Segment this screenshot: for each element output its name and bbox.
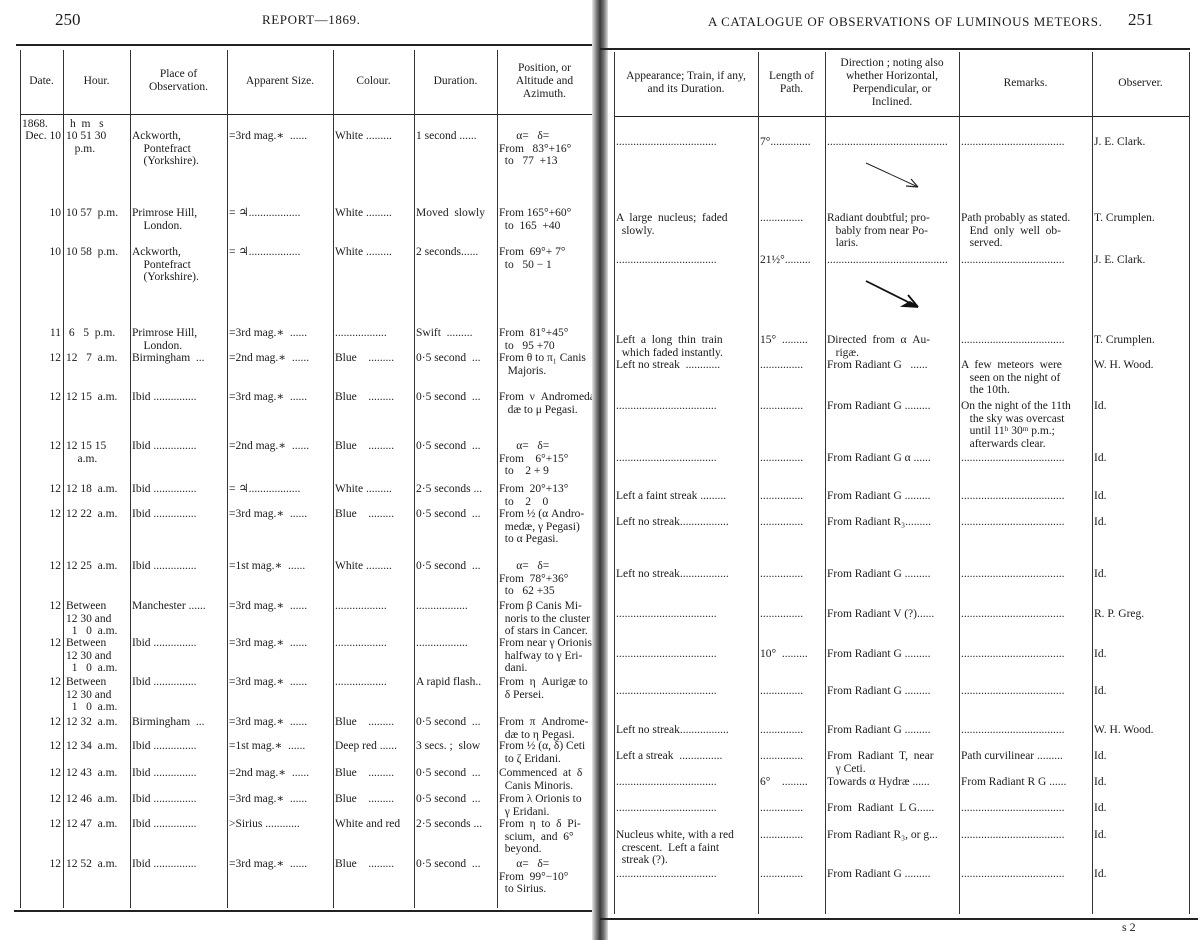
cell-direction: From Radiant R₃......... <box>827 516 958 529</box>
cell-remarks: .................................... <box>961 136 1091 149</box>
cell-size: = ♃.................. <box>229 483 332 496</box>
running-head-left: REPORT—1869. <box>262 12 361 28</box>
cell-place: Ibid ............... <box>132 676 226 689</box>
cell-date: 12 <box>20 600 61 613</box>
header-appearance: Appearance; Train, if any, and its Durat… <box>614 52 758 114</box>
units-year: 1868. <box>22 118 48 131</box>
cell-appearance: ................................... <box>616 400 757 413</box>
cell-hour: 12 25 a.m. <box>66 560 130 573</box>
cell-hour: 12 46 a.m. <box>66 793 130 806</box>
cell-hour: 12 43 a.m. <box>66 767 130 780</box>
cell-position: From η Aurigæ to δ Persei. <box>499 676 592 701</box>
cell-colour: Blue ......... <box>335 440 413 453</box>
cell-appearance: ................................... <box>616 685 757 698</box>
header-direction: Direction ; noting also whether Horizont… <box>825 52 959 114</box>
cell-observer: Id. <box>1094 648 1188 661</box>
cell-hour: 12 22 a.m. <box>66 508 130 521</box>
cell-hour: 12 7 a.m. <box>66 352 130 365</box>
cell-duration: 0·5 second ... <box>416 440 496 453</box>
cell-colour: Deep red ...... <box>335 740 413 753</box>
cell-remarks: .................................... <box>961 516 1091 529</box>
cell-place: Manchester ...... <box>132 600 226 613</box>
cell-direction: From Radiant R₃, or g... <box>827 829 958 842</box>
cell-place: Ibid ............... <box>132 818 226 831</box>
cell-appearance: Left no streak................. <box>616 568 757 581</box>
cell-appearance: ................................... <box>616 136 757 149</box>
cell-remarks: .................................... <box>961 568 1091 581</box>
cell-place: Ibid ............... <box>132 767 226 780</box>
cell-place: Primrose Hill, London. <box>132 327 226 352</box>
cell-observer: Id. <box>1094 750 1188 763</box>
cell-length: ............... <box>760 868 824 881</box>
cell-hour: 6 5 p.m. <box>66 327 130 340</box>
cell-size: >Sirius ............ <box>229 818 332 831</box>
cell-length: ............... <box>760 516 824 529</box>
header-bottom-rule <box>20 114 595 115</box>
cell-length: ............... <box>760 400 824 413</box>
cell-direction: ........................................… <box>827 254 958 267</box>
cell-place: Ibid ............... <box>132 637 226 650</box>
cell-place: Ackworth, Pontefract (Yorkshire). <box>132 130 226 168</box>
cell-observer: J. E. Clark. <box>1094 254 1188 267</box>
cell-place: Ibid ............... <box>132 740 226 753</box>
cell-size: =1st mag.∗ ...... <box>229 560 332 573</box>
cell-place: Ibid ............... <box>132 391 226 404</box>
col-line <box>959 52 960 914</box>
cell-length: ............... <box>760 608 824 621</box>
cell-date: 10 <box>20 207 61 220</box>
cell-duration: A rapid flash.. <box>416 676 496 689</box>
cell-appearance: ................................... <box>616 452 757 465</box>
cell-observer: T. Crumplen. <box>1094 334 1188 347</box>
cell-appearance: ................................... <box>616 608 757 621</box>
cell-remarks: .................................... <box>961 334 1091 347</box>
cell-hour: 12 15 15 a.m. <box>66 440 130 465</box>
cell-observer: J. E. Clark. <box>1094 136 1188 149</box>
cell-date: 11 <box>20 327 61 340</box>
cell-size: =3rd mag.∗ ...... <box>229 716 332 729</box>
cell-direction: Radiant doubtful; pro- bably from near P… <box>827 212 958 250</box>
cell-place: Primrose Hill, London. <box>132 207 226 232</box>
cell-date: 12 <box>20 676 61 689</box>
cell-colour: White and red <box>335 818 413 831</box>
table-bottom-rule <box>14 910 599 912</box>
cell-place: Ibid ............... <box>132 793 226 806</box>
header-observer: Observer. <box>1092 52 1189 114</box>
cell-date: 12 <box>20 440 61 453</box>
cell-position: From 69°+ 7° to 50 − 1 <box>499 246 592 271</box>
cell-size: =2nd mag.∗ ...... <box>229 440 332 453</box>
cell-appearance: Left a faint streak ......... <box>616 490 757 503</box>
cell-remarks: A few meteors were seen on the night of … <box>961 359 1091 397</box>
cell-observer: Id. <box>1094 568 1188 581</box>
cell-hour: 12 47 a.m. <box>66 818 130 831</box>
cell-duration: Moved slowly <box>416 207 496 220</box>
cell-direction: From Radiant G ...... <box>827 359 958 372</box>
cell-position: Commenced at δ Canis Minoris. <box>499 767 592 792</box>
cell-direction: From Radiant G ......... <box>827 724 958 737</box>
cell-appearance: ................................... <box>616 254 757 267</box>
cell-remarks: Path probably as stated. End only well o… <box>961 212 1091 250</box>
cell-direction: From Radiant G ......... <box>827 648 958 661</box>
col-line <box>497 50 498 908</box>
col-line <box>1189 52 1190 914</box>
cell-duration: Swift ......... <box>416 327 496 340</box>
cell-remarks: .................................... <box>961 490 1091 503</box>
cell-appearance: Left no streak ............ <box>616 359 757 372</box>
cell-observer: T. Crumplen. <box>1094 212 1188 225</box>
running-head-text: REPORT—1869. <box>262 12 361 27</box>
page-number-right: 251 <box>1128 10 1154 30</box>
cell-size: =3rd mag.∗ ...... <box>229 130 332 143</box>
col-line <box>1092 52 1093 914</box>
cell-observer: Id. <box>1094 685 1188 698</box>
cell-colour: White ......... <box>335 207 413 220</box>
cell-direction: From Radiant G ......... <box>827 568 958 581</box>
cell-place: Ibid ............... <box>132 508 226 521</box>
cell-hour: 12 15 a.m. <box>66 391 130 404</box>
cell-date: 12 <box>20 483 61 496</box>
cell-size: =3rd mag.∗ ...... <box>229 676 332 689</box>
arrow-down-right-icon <box>862 278 924 312</box>
cell-length: ............... <box>760 359 824 372</box>
col-line <box>825 52 826 914</box>
cell-colour: White ......... <box>335 130 413 143</box>
cell-length: ............... <box>760 802 824 815</box>
cell-observer: Id. <box>1094 490 1188 503</box>
cell-position: From near γ Orionis, halfway to γ Eri- d… <box>499 637 592 675</box>
cell-duration: 0·5 second ... <box>416 767 496 780</box>
cell-hour: Between 12 30 and 1 0 a.m. <box>66 676 130 714</box>
cell-length: 21½°......... <box>760 254 824 267</box>
cell-colour: Blue ......... <box>335 508 413 521</box>
cell-position: α= δ= From 78°+36° to 62 +35 <box>499 560 592 598</box>
cell-colour: Blue ......... <box>335 716 413 729</box>
cell-size: =1st mag.∗ ...... <box>229 740 332 753</box>
cell-colour: .................. <box>335 600 413 613</box>
cell-date: 12 <box>20 560 61 573</box>
cell-appearance: Left no streak................. <box>616 516 757 529</box>
cell-size: =3rd mag.∗ ...... <box>229 508 332 521</box>
header-place: Place of Observation. <box>130 50 227 112</box>
col-line <box>333 50 334 908</box>
cell-hour: 10 51 30 p.m. <box>66 130 130 155</box>
cell-remarks: From Radiant R G ...... <box>961 776 1091 789</box>
cell-colour: White ......... <box>335 560 413 573</box>
cell-direction: From Radiant V (?)...... <box>827 608 958 621</box>
header-size: Apparent Size. <box>227 50 333 112</box>
cell-hour: 12 18 a.m. <box>66 483 130 496</box>
cell-hour: Between 12 30 and 1 0 a.m. <box>66 637 130 675</box>
cell-direction: Directed from α Au- rigæ. <box>827 334 958 359</box>
table-top-rule <box>16 44 596 46</box>
cell-length: ............... <box>760 829 824 842</box>
cell-appearance: ................................... <box>616 648 757 661</box>
cell-appearance: A large nucleus; faded slowly. <box>616 212 757 237</box>
cell-length: ............... <box>760 724 824 737</box>
cell-date: 10 <box>20 246 61 259</box>
cell-direction: From Radiant G ......... <box>827 685 958 698</box>
cell-length: ............... <box>760 750 824 763</box>
cell-size: =2nd mag.∗ ...... <box>229 352 332 365</box>
cell-date: 12 <box>20 716 61 729</box>
cell-duration: 2·5 seconds ... <box>416 818 496 831</box>
cell-direction: From Radiant L G...... <box>827 802 958 815</box>
cell-remarks: .................................... <box>961 608 1091 621</box>
cell-appearance: Left no streak................. <box>616 724 757 737</box>
cell-observer: Id. <box>1094 516 1188 529</box>
cell-size: =2nd mag.∗ ...... <box>229 767 332 780</box>
cell-colour: Blue ......... <box>335 391 413 404</box>
cell-place: Birmingham ... <box>132 716 226 729</box>
cell-colour: Blue ......... <box>335 793 413 806</box>
table-top-rule <box>600 48 1190 50</box>
cell-position: From 81°+45° to 95 +70 <box>499 327 592 352</box>
cell-position: α= δ= From 6°+15° to 2 + 9 <box>499 440 592 478</box>
cell-size: =3rd mag.∗ ...... <box>229 858 332 871</box>
cell-remarks: Path curvilinear ......... <box>961 750 1091 763</box>
cell-hour: 12 34 a.m. <box>66 740 130 753</box>
cell-date: 12 <box>20 858 61 871</box>
cell-colour: .................. <box>335 676 413 689</box>
cell-direction: From Radiant G ......... <box>827 400 958 413</box>
arrow-down-right-icon <box>862 160 924 192</box>
cell-duration: 0·5 second ... <box>416 352 496 365</box>
cell-place: Ackworth, Pontefract (Yorkshire). <box>132 246 226 284</box>
col-line <box>614 52 615 914</box>
cell-size: =3rd mag.∗ ...... <box>229 391 332 404</box>
header-remarks: Remarks. <box>959 52 1092 114</box>
cell-duration: 1 second ...... <box>416 130 496 143</box>
col-line <box>63 50 64 908</box>
cell-position: From 20°+13° to 2 0 <box>499 483 592 508</box>
cell-direction: From Radiant G ......... <box>827 490 958 503</box>
cell-date: Dec. 10 <box>20 130 61 143</box>
header-hour: Hour. <box>63 50 130 112</box>
left-page: 250 REPORT—1869. Date. Hour. Place of Ob… <box>0 0 600 940</box>
cell-date: 12 <box>20 818 61 831</box>
cell-size: = ♃.................. <box>229 207 332 220</box>
cell-remarks: .................................... <box>961 868 1091 881</box>
cell-direction: From Radiant G ......... <box>827 868 958 881</box>
cell-duration: 0·5 second ... <box>416 391 496 404</box>
cell-length: ............... <box>760 490 824 503</box>
cell-hour: 12 52 a.m. <box>66 858 130 871</box>
cell-observer: Id. <box>1094 829 1188 842</box>
cell-hour: 10 57 p.m. <box>66 207 130 220</box>
cell-duration: 0·5 second ... <box>416 716 496 729</box>
cell-remarks: .................................... <box>961 254 1091 267</box>
cell-duration: .................. <box>416 600 496 613</box>
header-duration: Duration. <box>414 50 497 112</box>
cell-duration: 0·5 second ... <box>416 858 496 871</box>
col-line <box>130 50 131 908</box>
cell-remarks: On the night of the 11th the sky was ove… <box>961 400 1091 450</box>
cell-date: 12 <box>20 767 61 780</box>
cell-position: From β Canis Mi- noris to the cluster of… <box>499 600 592 638</box>
header-date: Date. <box>20 50 63 112</box>
cell-size: =3rd mag.∗ ...... <box>229 793 332 806</box>
cell-colour: White ......... <box>335 483 413 496</box>
cell-place: Ibid ............... <box>132 440 226 453</box>
cell-length: 7°.............. <box>760 136 824 149</box>
col-line <box>758 52 759 914</box>
cell-position: From ½ (α Andro- medæ, γ Pegasi) to α Pe… <box>499 508 592 546</box>
cell-observer: Id. <box>1094 776 1188 789</box>
cell-size: =3rd mag.∗ ...... <box>229 327 332 340</box>
cell-length: ............... <box>760 452 824 465</box>
cell-appearance: ................................... <box>616 802 757 815</box>
cell-duration: 3 secs. ; slow <box>416 740 496 753</box>
cell-date: 12 <box>20 793 61 806</box>
cell-position: From π Androme- dæ to η Pegasi. <box>499 716 592 741</box>
cell-position: From η to δ Pi- scium, and 6° beyond. <box>499 818 592 856</box>
cell-remarks: .................................... <box>961 648 1091 661</box>
cell-place: Ibid ............... <box>132 483 226 496</box>
cell-position: From θ to π₁ Canis Majoris. <box>499 352 592 377</box>
cell-place: Birmingham ... <box>132 352 226 365</box>
cell-duration: 2 seconds...... <box>416 246 496 259</box>
cell-position: α= δ= From 99°−10° to Sirius. <box>499 858 592 896</box>
cell-duration: 0·5 second ... <box>416 793 496 806</box>
col-line <box>227 50 228 908</box>
cell-observer: Id. <box>1094 802 1188 815</box>
header-position: Position, or Altitude and Azimuth. <box>497 50 592 112</box>
cell-appearance: ................................... <box>616 776 757 789</box>
cell-place: Ibid ............... <box>132 560 226 573</box>
cell-duration: 2·5 seconds ... <box>416 483 496 496</box>
cell-hour: 12 32 a.m. <box>66 716 130 729</box>
cell-date: 12 <box>20 637 61 650</box>
cell-length: 10° ......... <box>760 648 824 661</box>
cell-position: From ν Andromeda dæ to μ Pegasi. <box>499 391 592 416</box>
cell-remarks: .................................... <box>961 802 1091 815</box>
cell-size: = ♃.................. <box>229 246 332 259</box>
header-bottom-rule <box>614 116 1190 117</box>
cell-remarks: .................................... <box>961 724 1091 737</box>
header-length: Length of Path. <box>758 52 825 114</box>
cell-direction: From Radiant T, near γ Ceti. <box>827 750 958 775</box>
cell-date: 12 <box>20 352 61 365</box>
table-bottom-rule <box>600 918 1198 920</box>
cell-colour: .................. <box>335 637 413 650</box>
cell-hour: Between 12 30 and 1 0 a.m. <box>66 600 130 638</box>
cell-direction: ........................................… <box>827 136 958 149</box>
cell-date: 12 <box>20 740 61 753</box>
cell-position: From λ Orionis to γ Eridani. <box>499 793 592 818</box>
cell-position: From 165°+60° to 165 +40 <box>499 207 592 232</box>
cell-observer: Id. <box>1094 452 1188 465</box>
cell-length: ............... <box>760 685 824 698</box>
cell-length: 15° ......... <box>760 334 824 347</box>
cell-colour: Blue ......... <box>335 352 413 365</box>
cell-remarks: .................................... <box>961 829 1091 842</box>
cell-duration: .................. <box>416 637 496 650</box>
cell-size: =3rd mag.∗ ...... <box>229 600 332 613</box>
cell-appearance: Nucleus white, with a red crescent. Left… <box>616 829 757 867</box>
cell-observer: W. H. Wood. <box>1094 359 1188 372</box>
running-head-right: A CATALOGUE OF OBSERVATIONS OF LUMINOUS … <box>708 14 1103 30</box>
cell-observer: R. P. Greg. <box>1094 608 1188 621</box>
cell-position: From ½ (α, δ) Ceti to ζ Eridani. <box>499 740 592 765</box>
cell-appearance: Left a streak ............... <box>616 750 757 763</box>
page-number-left: 250 <box>55 10 81 30</box>
cell-length: ............... <box>760 568 824 581</box>
cell-colour: White ......... <box>335 246 413 259</box>
cell-appearance: ................................... <box>616 868 757 881</box>
col-line <box>414 50 415 908</box>
cell-duration: 0·5 second ... <box>416 560 496 573</box>
signature-mark: s 2 <box>1122 920 1136 935</box>
cell-appearance: Left a long thin train which faded insta… <box>616 334 757 359</box>
cell-observer: Id. <box>1094 868 1188 881</box>
cell-length: 6° ......... <box>760 776 824 789</box>
units-hms: h m s <box>70 118 104 131</box>
cell-observer: W. H. Wood. <box>1094 724 1188 737</box>
cell-observer: Id. <box>1094 400 1188 413</box>
cell-direction: Towards α Hydræ ...... <box>827 776 958 789</box>
cell-hour: 10 58 p.m. <box>66 246 130 259</box>
cell-place: Ibid ............... <box>132 858 226 871</box>
cell-date: 12 <box>20 508 61 521</box>
cell-colour: Blue ......... <box>335 767 413 780</box>
cell-remarks: .................................... <box>961 452 1091 465</box>
cell-colour: .................. <box>335 327 413 340</box>
right-page: A CATALOGUE OF OBSERVATIONS OF LUMINOUS … <box>600 0 1200 940</box>
cell-position: α= δ= From 83°+16° to 77 +13 <box>499 130 592 168</box>
cell-length: ............... <box>760 212 824 225</box>
cell-remarks: .................................... <box>961 685 1091 698</box>
cell-duration: 0·5 second ... <box>416 508 496 521</box>
cell-size: =3rd mag.∗ ...... <box>229 637 332 650</box>
cell-colour: Blue ......... <box>335 858 413 871</box>
cell-direction: From Radiant G α ...... <box>827 452 958 465</box>
cell-date: 12 <box>20 391 61 404</box>
header-colour: Colour. <box>333 50 414 112</box>
